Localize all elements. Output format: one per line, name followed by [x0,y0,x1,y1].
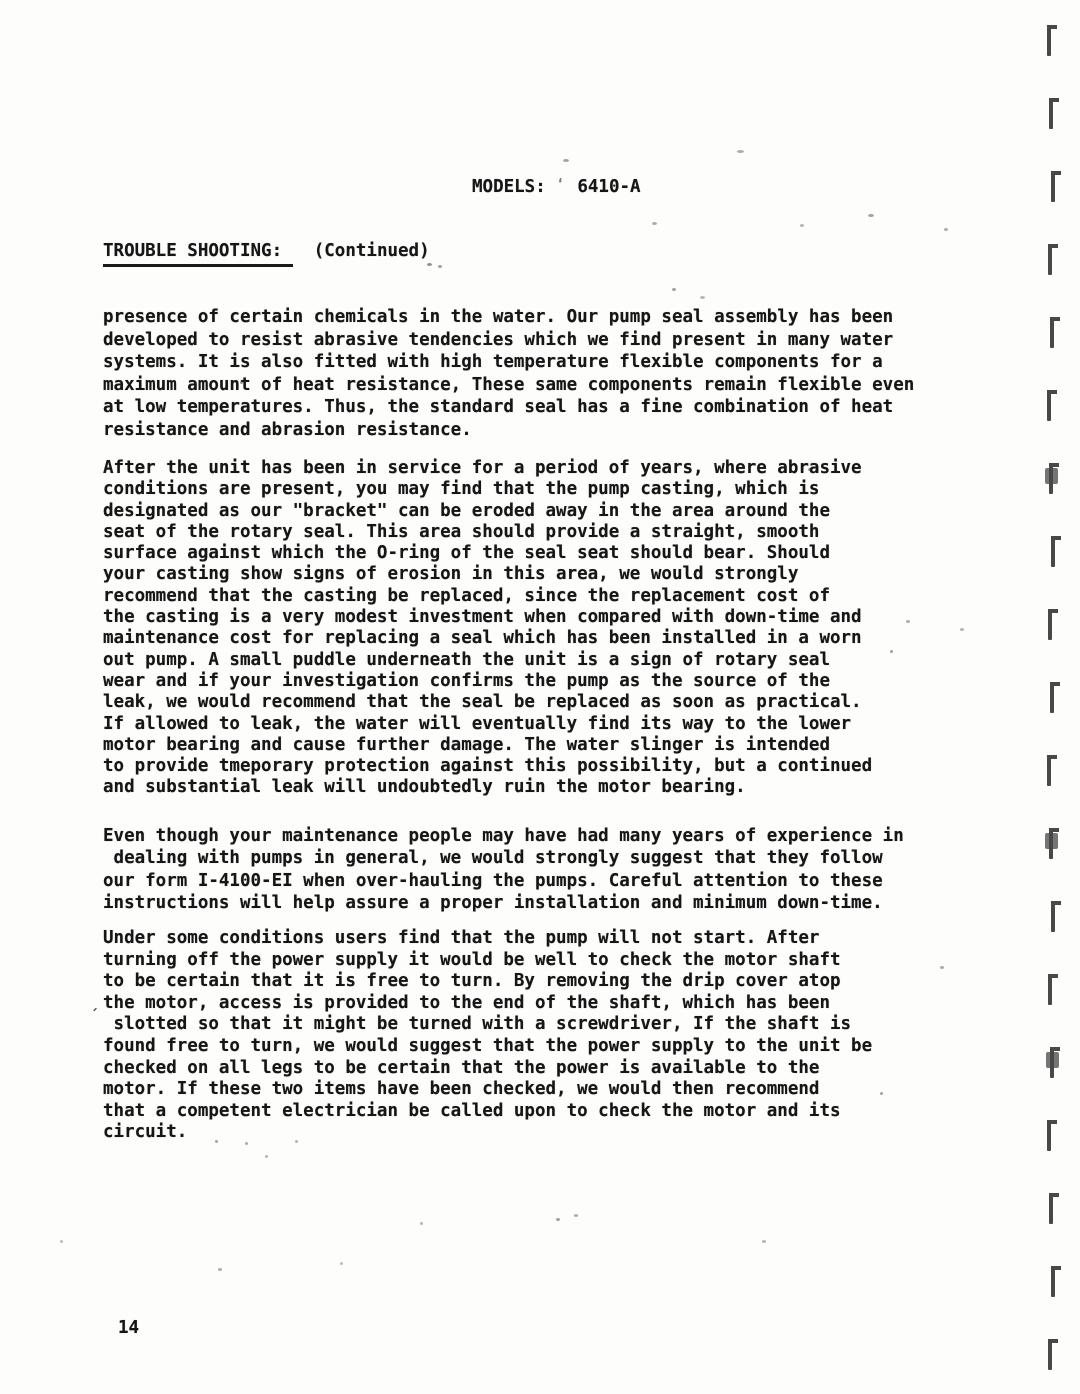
binding-mark [1051,172,1055,202]
binding-mark [1048,1340,1052,1370]
section-heading: TROUBLE SHOOTING: (Continued) [103,240,430,267]
scan-speckle [906,620,910,623]
binding-mark [1047,26,1051,56]
binding-mark [1049,1194,1053,1224]
scan-speckle [944,228,948,231]
scan-speckle [868,214,874,217]
binding-mark [1050,318,1054,348]
scan-speckle [652,222,657,225]
binding-mark [1048,610,1052,640]
scan-speckle [340,1262,343,1265]
page-number: 14 [118,1317,139,1339]
binding-mark [1051,902,1055,932]
scan-speckle [218,1268,222,1271]
scan-speckle [556,1218,560,1221]
binding-mark [1050,1048,1054,1078]
scan-speckle [960,628,964,631]
scan-speckle [240,381,243,384]
binding-mark [1049,99,1053,129]
scan-speckle [245,1142,248,1145]
binding-mark [1047,756,1051,786]
scan-speckle [563,159,569,162]
scanned-document-page: MODELS: 6410-A ‘ TROUBLE SHOOTING: (Cont… [0,0,1080,1394]
scan-speckle [762,1240,766,1243]
binding-mark [1049,829,1053,859]
scan-speckle [700,296,705,299]
section-heading-continued: (Continued) [293,241,430,261]
scan-speckle [574,1214,578,1217]
scan-speckle [60,1240,63,1243]
scan-speckle [808,468,811,471]
scan-speckle [295,1140,298,1143]
margin-tick-mark: ´ [90,1008,98,1024]
scan-speckle [672,288,676,291]
scan-speckle [737,150,744,153]
scan-speckle [890,650,893,653]
scan-speckle [438,265,442,268]
scan-speckle [940,966,944,969]
binding-mark [1051,1267,1055,1297]
scan-speckle [800,224,804,227]
scan-speckle [427,263,432,266]
binding-mark [1048,245,1052,275]
binding-mark [1048,975,1052,1005]
binding-mark [1050,683,1054,713]
scan-speckle [420,1222,423,1225]
scan-speckle [880,1092,883,1095]
paragraph-casting-erosion: After the unit has been in service for a… [103,458,872,799]
binding-mark [1047,1121,1051,1151]
scan-speckle [215,1140,218,1143]
paragraph-seal-assembly: presence of certain chemicals in the wat… [103,306,914,442]
binding-mark [1047,391,1051,421]
binding-mark [1051,537,1055,567]
section-heading-underlined: TROUBLE SHOOTING: [103,240,293,267]
paragraph-maintenance-form: Even though your maintenance people may … [103,825,904,915]
binding-mark [1049,464,1053,494]
paragraph-pump-not-start: Under some conditions users find that th… [103,928,872,1144]
scan-speckle [265,1155,268,1158]
